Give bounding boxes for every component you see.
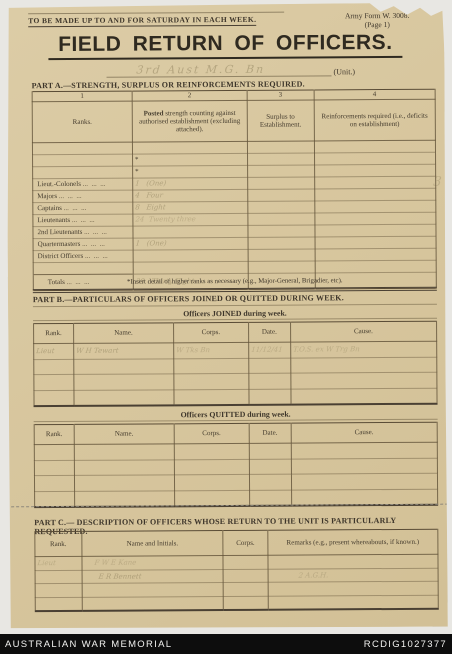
col-number: 1 bbox=[32, 91, 132, 102]
posted-handwriting: 24 Twenty three bbox=[135, 216, 196, 224]
rank-label: Majors bbox=[37, 192, 81, 200]
table-row bbox=[34, 388, 437, 406]
col-header-corps: Corps. bbox=[174, 423, 249, 443]
col-number: 2 bbox=[132, 90, 247, 101]
col-header-rank: Rank. bbox=[35, 531, 82, 556]
date-handwriting: 11/12/41 bbox=[251, 346, 283, 354]
officers-joined-title: Officers JOINED during week. bbox=[33, 308, 437, 321]
page-number-text: (Page 1) bbox=[322, 20, 432, 30]
name-handwriting: E R Bennett bbox=[98, 572, 142, 580]
corps-handwriting: W Tks Bn bbox=[176, 346, 211, 354]
col-header-rank: Rank. bbox=[34, 323, 74, 343]
rank-handwriting: Lieut bbox=[36, 347, 55, 355]
part-a-table: 1 2 3 4 Ranks. Posted strength counting … bbox=[32, 89, 437, 291]
form-paper: TO BE MADE UP TO AND FOR SATURDAY IN EAC… bbox=[6, 3, 448, 630]
col-header-date: Date. bbox=[249, 423, 291, 443]
posted-handwriting: 1 (One) bbox=[135, 180, 167, 188]
col-header-corps: Corps. bbox=[223, 530, 268, 555]
top-note-text: TO BE MADE UP TO AND FOR SATURDAY IN EAC… bbox=[28, 15, 256, 27]
table-row: Ranks. Posted strength counting against … bbox=[32, 99, 435, 142]
posted-handwriting: 4 Four bbox=[135, 192, 163, 200]
officers-joined-table: Rank. Name. Corps. Date. Cause. Lieut W … bbox=[33, 321, 438, 407]
archive-reference-id: RCDIG1027377 bbox=[364, 639, 447, 650]
col-number: 3 bbox=[247, 90, 314, 100]
scanned-page: { "form": { "top_note": "TO BE MADE UP T… bbox=[0, 0, 452, 654]
part-b-heading: PART B.—PARTICULARS OF OFFICERS JOINED O… bbox=[33, 293, 437, 307]
officers-quitted-table: Rank. Name. Corps. Date. Cause. bbox=[34, 422, 439, 508]
rank-handwriting: Lieut bbox=[37, 559, 56, 567]
col-header-corps: Corps. bbox=[173, 322, 248, 342]
col-header-name: Name. bbox=[73, 323, 173, 344]
posted-handwriting: 1 (One) bbox=[135, 240, 167, 248]
rank-label: Quartermasters bbox=[38, 240, 105, 248]
col-header-rank: Rank. bbox=[34, 424, 74, 444]
col-header-name-initials: Name and Initials. bbox=[82, 531, 224, 557]
remarks-handwriting: 2 A.G.H. bbox=[298, 571, 329, 579]
name-handwriting: W H Tewart bbox=[76, 347, 119, 355]
asterisk-mark: * bbox=[133, 165, 248, 178]
table-row: Rank. Name and Initials. Corps. Remarks … bbox=[35, 529, 438, 556]
cause-handwriting: T.O.S. ex W Trg Bn bbox=[292, 345, 359, 353]
rank-label: District Officers bbox=[38, 252, 108, 260]
col-header-date: Date. bbox=[248, 322, 290, 342]
archive-bar: AUSTRALIAN WAR MEMORIAL RCDIG1027377 bbox=[0, 634, 452, 654]
col-header-remarks: Remarks (e.g., present whereabouts, if k… bbox=[268, 529, 438, 555]
unit-handwriting: 3rd Aust M.G. Bn bbox=[136, 63, 266, 77]
part-a-heading: PART A.—STRENGTH, SURPLUS OR REINFORCEME… bbox=[32, 80, 305, 91]
table-row: Rank. Name. Corps. Date. Cause. bbox=[34, 422, 437, 444]
col-header-cause: Cause. bbox=[291, 422, 437, 443]
posted-handwriting: 8 Eight bbox=[135, 204, 166, 212]
rank-label: Captains bbox=[37, 204, 86, 212]
table-row: Rank. Name. Corps. Date. Cause. bbox=[34, 321, 437, 343]
top-note: TO BE MADE UP TO AND FOR SATURDAY IN EAC… bbox=[28, 12, 284, 26]
col-header-name: Name. bbox=[74, 424, 174, 445]
rank-label: Lieut.-Colonels bbox=[37, 180, 105, 188]
unit-line: 3rd Aust M.G. Bn (Unit.) bbox=[106, 61, 406, 78]
rank-label: Lieutenants bbox=[37, 216, 94, 224]
col-header-ranks: Ranks. bbox=[32, 101, 132, 143]
officers-quitted-title: Officers QUITTED during week. bbox=[34, 409, 438, 422]
name-handwriting: F W E Kane bbox=[94, 559, 137, 567]
archive-institution: AUSTRALIAN WAR MEMORIAL bbox=[5, 639, 172, 650]
unit-write-line: 3rd Aust M.G. Bn bbox=[106, 61, 331, 77]
asterisk-mark: * bbox=[132, 153, 247, 166]
part-c-table: Rank. Name and Initials. Corps. Remarks … bbox=[34, 529, 438, 612]
col-header-reinforcements: Reinforcements required (i.e., deficits … bbox=[314, 99, 436, 141]
rank-label: 2nd Lieutenants bbox=[37, 228, 106, 236]
col-header-surplus: Surplus to Establishment. bbox=[247, 100, 314, 141]
col-header-posted: Posted strength counting against authori… bbox=[132, 100, 247, 142]
col-header-cause: Cause. bbox=[290, 321, 436, 342]
table-row bbox=[35, 595, 438, 611]
unit-label: (Unit.) bbox=[333, 67, 355, 76]
form-title: FIELD RETURN OF OFFICERS. bbox=[6, 31, 444, 61]
army-form-number: Army Form W. 3008. (Page 1) bbox=[322, 11, 432, 30]
